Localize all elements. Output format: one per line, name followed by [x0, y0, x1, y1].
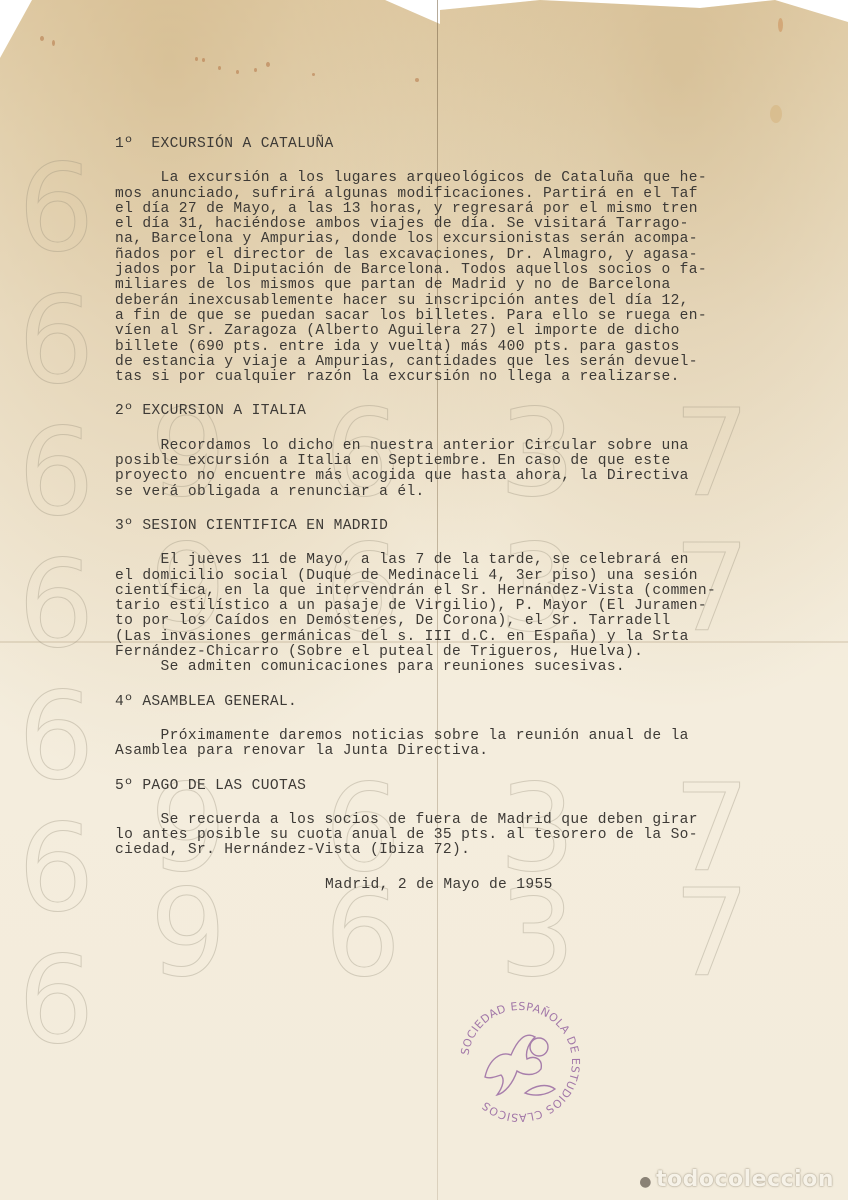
- section-body: Próximamente daremos noticias sobre la r…: [115, 729, 815, 760]
- text-line: a fin de que se puedan sacar los billete…: [115, 309, 815, 324]
- typewritten-circular: 1º EXCURSIÓN A CATALUÑA La excursión a l…: [115, 137, 815, 893]
- section-body: Se recuerda a los socios de fuera de Mad…: [115, 813, 815, 859]
- dot-icon: ●: [639, 1174, 652, 1190]
- dolphin-icon: [525, 1086, 555, 1096]
- svg-text:SOCIEDAD ESPAÑOLA DE ESTUDIOS: SOCIEDAD ESPAÑOLA DE ESTUDIOS CLASICOS: [458, 1000, 582, 1124]
- text-line: lo antes posible su cuota anual de 35 pt…: [115, 828, 815, 843]
- text-line: de estancia y viaje a Ampurias, cantidad…: [115, 355, 815, 370]
- section-1: 1º EXCURSIÓN A CATALUÑA La excursión a l…: [115, 137, 815, 385]
- text-line: científica, en la que intervendrán el Sr…: [115, 584, 815, 599]
- text-line: el día 31, haciéndose ambos viajes de dí…: [115, 217, 815, 232]
- text-line: Fernández-Chicarro (Sobre el puteal de T…: [115, 645, 815, 660]
- text-line: billete (690 pts. entre ida y vuelta) má…: [115, 340, 815, 355]
- text-line: mos anunciado, sufrirá algunas modificac…: [115, 187, 815, 202]
- todocoleccion-watermark: ●todocoleccion: [639, 1167, 834, 1192]
- text-line: na, Barcelona y Ampurias, donde los excu…: [115, 232, 815, 247]
- section-3: 3º SESION CIENTIFICA EN MADRID El jueves…: [115, 519, 815, 676]
- text-line: jados por la Diputación de Barcelona. To…: [115, 263, 815, 278]
- text-line: (Las invasiones germánicas del s. III d.…: [115, 630, 815, 645]
- text-line: proyecto no encuentre más acogida que ha…: [115, 469, 815, 484]
- text-line: Asamblea para renovar la Junta Directiva…: [115, 744, 815, 759]
- section-2: 2º EXCURSION A ITALIA Recordamos lo dich…: [115, 404, 815, 499]
- text-line: se verá obligada a renunciar a él.: [115, 485, 815, 500]
- text-line: miliares de los mismos que partan de Mad…: [115, 278, 815, 293]
- section-4: 4º ASAMBLEA GENERAL. Próximamente daremo…: [115, 695, 815, 760]
- text-line: Se admiten comunicaciones para reuniones…: [115, 660, 815, 675]
- text-line: Recordamos lo dicho en nuestra anterior …: [115, 439, 815, 454]
- section-heading: 4º ASAMBLEA GENERAL.: [115, 695, 815, 710]
- text-line: posible excursión a Italia en Septiembre…: [115, 454, 815, 469]
- text-line: to por los Caídos en Demóstenes, De Coro…: [115, 614, 815, 629]
- text-line: deberán inexcusablemente hacer su inscri…: [115, 294, 815, 309]
- text-line: ciedad, Sr. Hernández-Vista (Ibiza 72).: [115, 843, 815, 858]
- text-line: La excursión a los lugares arqueológicos…: [115, 171, 815, 186]
- text-line: Se recuerda a los socios de fuera de Mad…: [115, 813, 815, 828]
- section-heading: 5º PAGO DE LAS CUOTAS: [115, 779, 815, 794]
- text-line: tario estilístico a un pasaje de Virgili…: [115, 599, 815, 614]
- section-body: La excursión a los lugares arqueológicos…: [115, 171, 815, 385]
- section-heading: 2º EXCURSION A ITALIA: [115, 404, 815, 419]
- pegasus-icon: [485, 1035, 541, 1095]
- text-line: el domicilio social (Duque de Medinaceli…: [115, 569, 815, 584]
- text-line: tas si por cualquier razón la excursión …: [115, 370, 815, 385]
- text-line: víen al Sr. Zaragoza (Alberto Aguilera 2…: [115, 324, 815, 339]
- embossed-watermark-left: 6 6 6 6 6 6 6: [18, 150, 108, 1074]
- section-body: Recordamos lo dicho en nuestra anterior …: [115, 439, 815, 500]
- text-line: El jueves 11 de Mayo, a las 7 de la tard…: [115, 553, 815, 568]
- section-5: 5º PAGO DE LAS CUOTAS Se recuerda a los …: [115, 779, 815, 859]
- society-stamp-seal: SOCIEDAD ESPAÑOLA DE ESTUDIOS CLASICOS: [455, 997, 585, 1127]
- text-line: el día 27 de Mayo, a las 13 horas, y reg…: [115, 202, 815, 217]
- section-heading: 1º EXCURSIÓN A CATALUÑA: [115, 137, 815, 152]
- text-line: ñados por el director de las excavacione…: [115, 248, 815, 263]
- text-line: Próximamente daremos noticias sobre la r…: [115, 729, 815, 744]
- section-body: El jueves 11 de Mayo, a las 7 de la tard…: [115, 553, 815, 675]
- section-heading: 3º SESION CIENTIFICA EN MADRID: [115, 519, 815, 534]
- date-signoff: Madrid, 2 de Mayo de 1955: [115, 878, 815, 893]
